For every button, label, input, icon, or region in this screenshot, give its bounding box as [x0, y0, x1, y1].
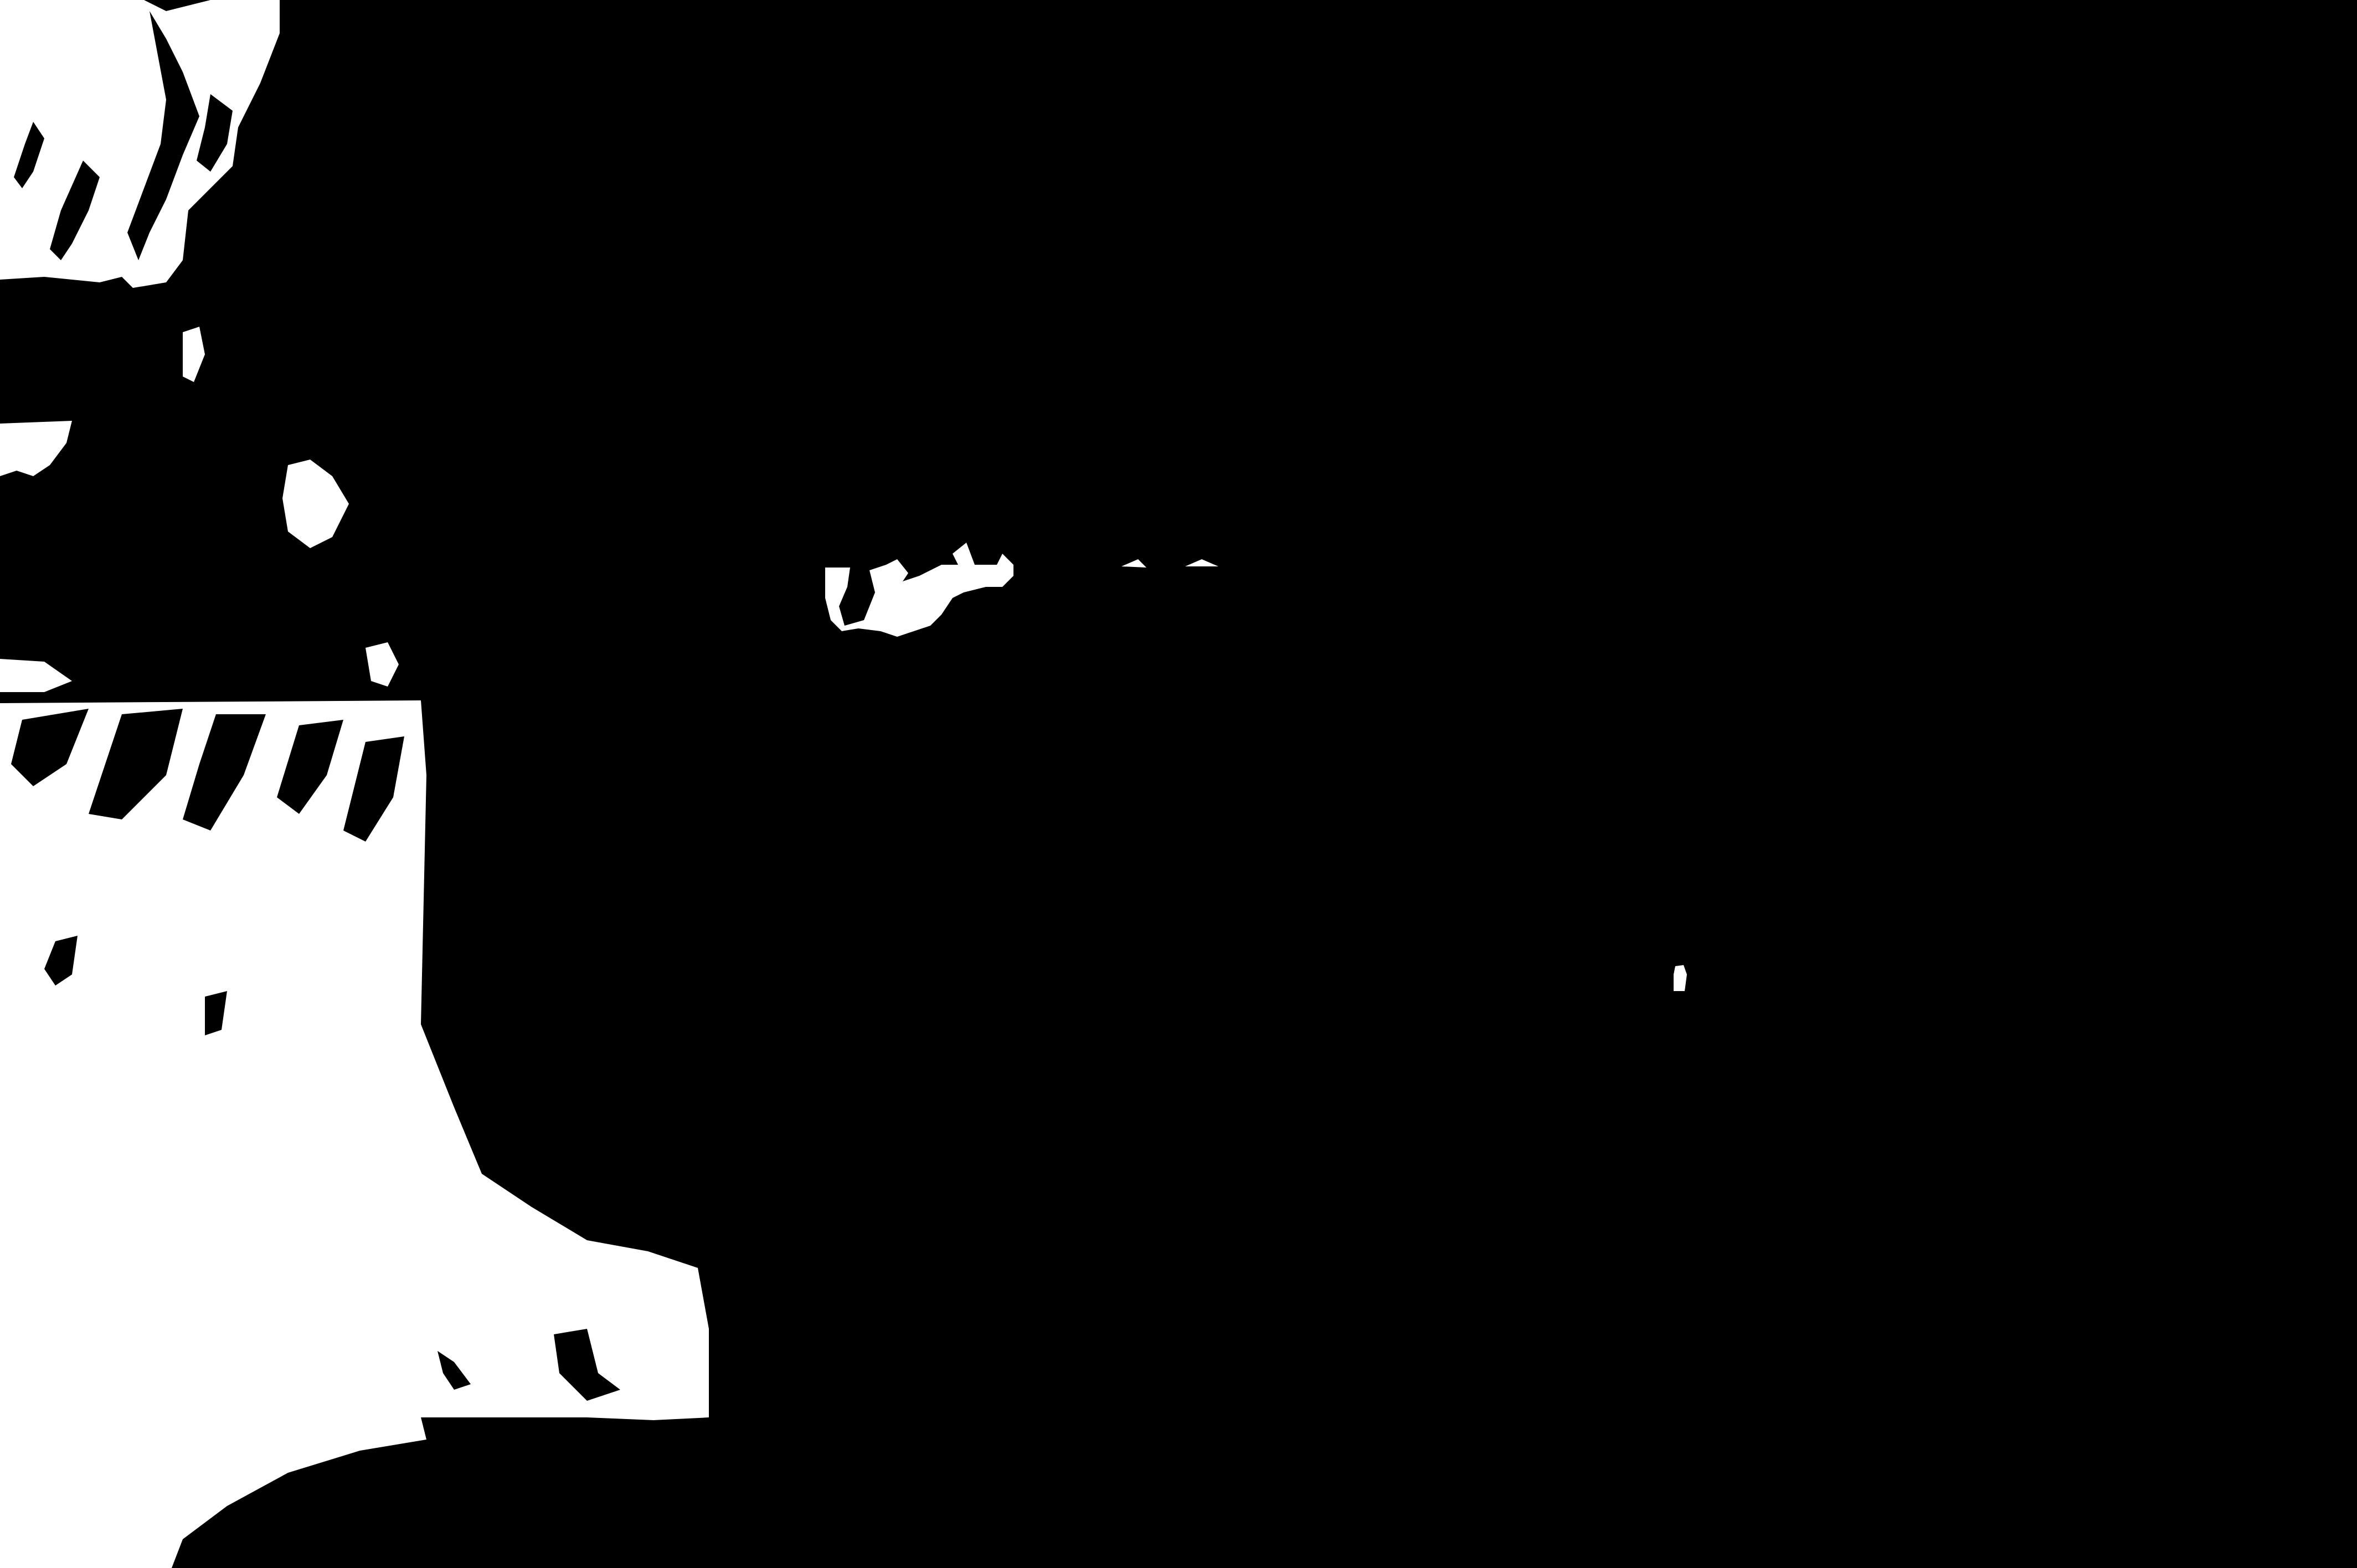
mask-canvas	[0, 0, 2357, 1568]
center-right-tiny-blob	[1674, 965, 1687, 991]
